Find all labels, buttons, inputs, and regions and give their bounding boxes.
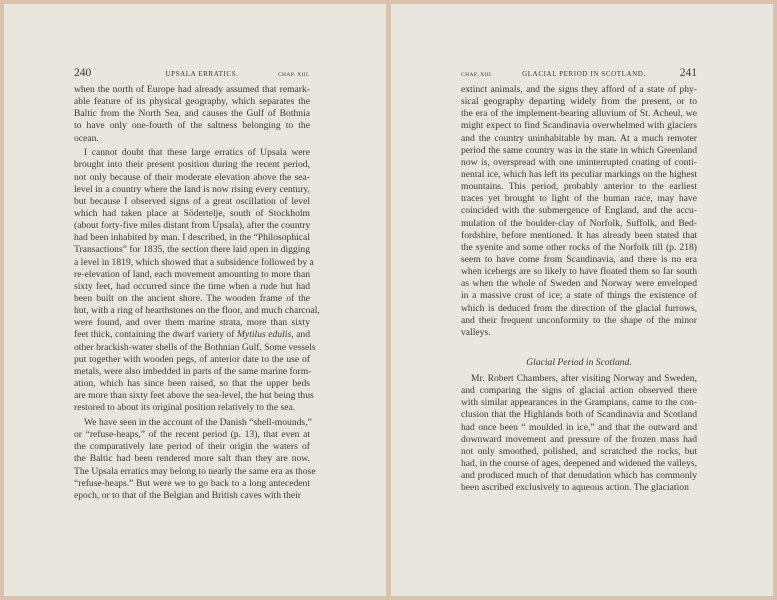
text-line: been ascribed exclusively to aqueous act… [461, 482, 697, 494]
text-line: metals, were also imbedded in parts of t… [74, 366, 310, 378]
paragraph: I cannot doubt that these large erratics… [74, 147, 310, 414]
text-line: extinct animals, and the signs they affo… [461, 84, 697, 96]
text-line: traces yet brought to light of the human… [461, 193, 697, 205]
running-title: GLACIAL PERIOD IN SCOTLAND. [501, 67, 667, 81]
text-line: and comparing the signs of glacial actio… [461, 385, 697, 397]
text-line: the era of the implement-bearing alluviu… [461, 108, 697, 120]
text-line: We have seen in the account of the Danis… [74, 417, 310, 429]
text-line: Transactions” for 1835, the section ther… [74, 244, 310, 256]
text-line: fordshire, before mentioned. It has alre… [461, 230, 697, 242]
text-line: with similar appearances in the Grampian… [461, 397, 697, 409]
text-line: might expect to find Scandinavia overwhe… [461, 120, 697, 132]
paragraphs-before-heading: extinct animals, and the signs they affo… [461, 84, 697, 339]
text-line: were found, and over them marine strata,… [74, 317, 310, 329]
chapter-label: CHAP. XIII. [278, 68, 310, 82]
text-line: a level in 1819, which showed that a sub… [74, 257, 310, 269]
text-line: (about forty-five miles distant from Ups… [74, 220, 310, 232]
text-line: are more than sixty feet above the sea-l… [74, 390, 310, 402]
text-line: in a massive crust of ice; a state of th… [461, 290, 697, 302]
text-line: and produced much of that denudation whi… [461, 470, 697, 482]
text-line: clusion that the Highlands both of Scand… [461, 409, 697, 421]
text-line: brought into their present position duri… [74, 159, 310, 171]
text-line: as when the whole of Sweden and Norway w… [461, 278, 697, 290]
section-heading: Glacial Period in Scotland. [461, 357, 697, 369]
text-line: the Baltic had been rendered more salt t… [74, 453, 310, 465]
chapter-label: CHAP. XIII. [461, 68, 493, 82]
text-line: had, in the course of ages, deepened and… [461, 458, 697, 470]
text-line: which is deduced from the direction of t… [461, 303, 697, 315]
text-line: epoch, or to that of the Belgian and Bri… [74, 490, 310, 502]
text-line: and the country uninhabitable by man. At… [461, 133, 697, 145]
text-line: other brackish-water shells of the Bothn… [74, 342, 310, 354]
paragraphs-after-heading: Mr. Robert Chambers, after visiting Norw… [461, 373, 697, 494]
text-line: Baltic from the North Sea, and causes th… [74, 108, 310, 120]
text-line: nental ice, which has left its peculiar … [461, 169, 697, 181]
right-body-text: extinct animals, and the signs they affo… [461, 84, 697, 494]
text-line: not only smoothed, polished, and scratch… [461, 446, 697, 458]
text-line: put together with wooden pegs, of anteri… [74, 354, 310, 366]
text-line: sixty feet, had occurred since the time … [74, 281, 310, 293]
text-line: re-elevation of land, each movement amou… [74, 269, 310, 281]
text-line: when icebergs are so likely to have floa… [461, 266, 697, 278]
text-line: now is, overspread with one uninterrupte… [461, 157, 697, 169]
paragraph: when the north of Europe had already ass… [74, 84, 310, 145]
text-line: Mr. Robert Chambers, after visiting Norw… [461, 373, 697, 385]
page-number: 240 [74, 66, 91, 80]
text-line: the comparatively late period of their o… [74, 441, 310, 453]
text-line: been built on the ancient shore. The woo… [74, 293, 310, 305]
text-line: “refuse-heaps.” But were we to go back t… [74, 478, 310, 490]
text-line: to have only one-fourth of the saltness … [74, 120, 310, 132]
text-line: coincided with the submergence of Englan… [461, 205, 697, 217]
text-line: restored to about its original position … [74, 402, 310, 414]
text-line: sical geography departing widely from th… [461, 96, 697, 108]
text-line: seem to have come from Scandinavia, and … [461, 254, 697, 266]
text-line: had once been “ moulded in ice,” and tha… [461, 422, 697, 434]
paragraph: We have seen in the account of the Danis… [74, 417, 310, 502]
text-line: the syenite and some other rocks of the … [461, 242, 697, 254]
left-running-head: 240 UPSALA ERRATICS. CHAP. XIII. [74, 66, 310, 80]
text-line: feet thick, containing the dwarf variety… [74, 329, 310, 341]
paragraph: extinct animals, and the signs they affo… [461, 84, 697, 339]
text-line: but because I observed signs of a great … [74, 196, 310, 208]
left-body-text: when the north of Europe had already ass… [74, 84, 310, 502]
text-line: ation, which has since been raised, so t… [74, 378, 310, 390]
right-running-head: CHAP. XIII. GLACIAL PERIOD IN SCOTLAND. … [461, 66, 697, 80]
text-line: The Upsala erratics may belong to nearly… [74, 466, 310, 478]
text-line: hut, with a ring of hearthstones on the … [74, 305, 310, 317]
text-line: not only because of their moderate eleva… [74, 172, 310, 184]
text-line: level in a country where the land is now… [74, 184, 310, 196]
text-line: period the same country was in the state… [461, 145, 697, 157]
page-number: 241 [680, 66, 697, 80]
text-line: and their frequent unconformity to the s… [461, 315, 697, 327]
text-line: I cannot doubt that these large erratics… [74, 147, 310, 159]
text-line: able feature of its physical geography, … [74, 96, 310, 108]
text-line: mountains. This period, probably anterio… [461, 181, 697, 193]
left-page: 240 UPSALA ERRATICS. CHAP. XIII. when th… [4, 4, 386, 596]
text-line: ocean. [74, 133, 310, 145]
text-line: had been inhabited by man. I described, … [74, 232, 310, 244]
text-line: or “refuse-heaps,” of the recent period … [74, 429, 310, 441]
right-page: CHAP. XIII. GLACIAL PERIOD IN SCOTLAND. … [391, 4, 773, 596]
paragraph: Mr. Robert Chambers, after visiting Norw… [461, 373, 697, 494]
text-line: valleys. [461, 327, 697, 339]
text-line: downward movement and pressure of the fr… [461, 434, 697, 446]
text-line: which had taken place at Södertelje, sou… [74, 208, 310, 220]
text-line: when the north of Europe had already ass… [74, 84, 310, 96]
text-line: mulation of the boulder-clay of Norfolk,… [461, 218, 697, 230]
